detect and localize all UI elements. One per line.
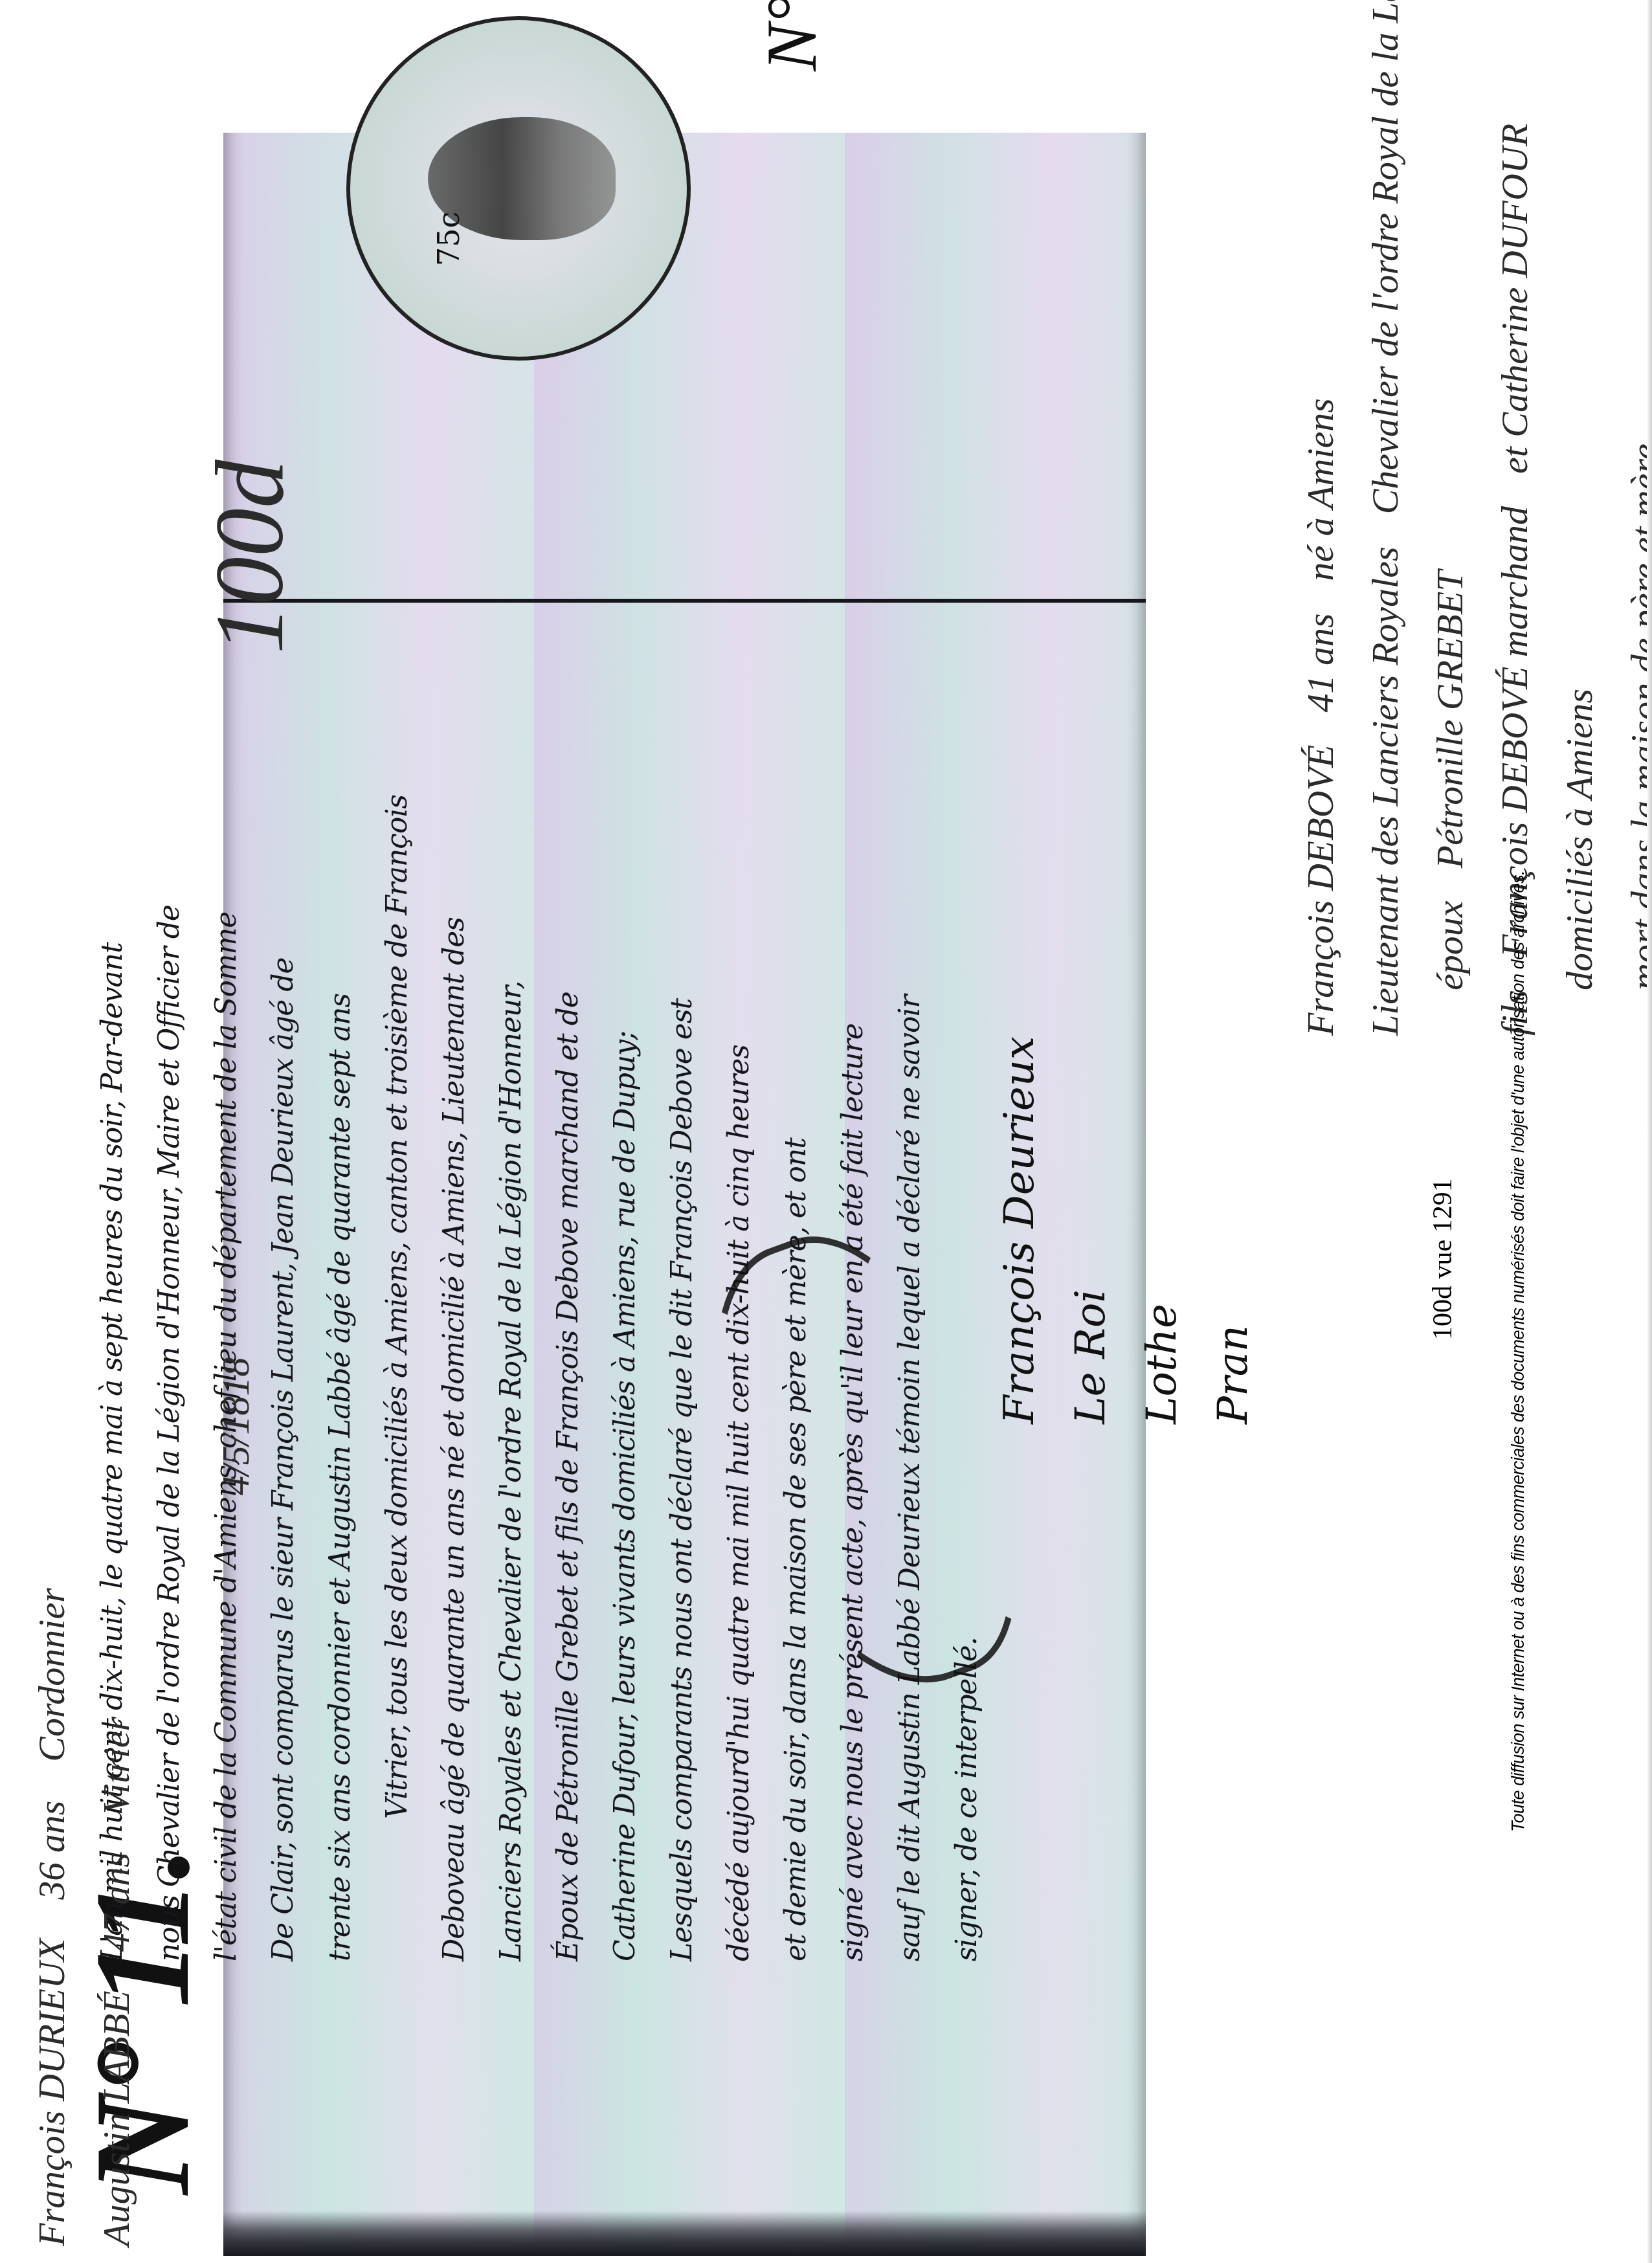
witness-field: François DURIEUX	[19, 1939, 84, 2246]
manuscript-line: Vitrier, tous les deux domiciliés à Amie…	[369, 473, 426, 1961]
manuscript-line: nous Chevalier de l'ordre Royal de la Lé…	[141, 473, 198, 1961]
annotation-witnesses: François DURIEUX36 ansCordonnierAugustin…	[19, 1588, 149, 2246]
manuscript-line: Deboveau âgé de quarante un ans né et do…	[426, 473, 483, 1961]
manuscript-line: et demie du soir, dans la maison de ses …	[768, 473, 825, 1961]
annotation-fragment: né à Amiens	[1288, 398, 1353, 581]
annotation-deceased: François DEBOVÉ41 ansné à AmiensLieutena…	[1288, 0, 1652, 1036]
manuscript-line: Lesquels comparants nous ont déclaré que…	[654, 473, 711, 1961]
manuscript-line: De Clair, sont comparus le sieur Françoi…	[255, 473, 312, 1961]
annotation-fragment: 41 ans	[1288, 614, 1353, 713]
manuscript-line: Catherine Dufour, leurs vivants domicili…	[597, 473, 654, 1961]
annotation-line: Lieutenant des Lanciers RoyalesChevalier…	[1353, 0, 1418, 1036]
witness-field: 47 ans	[84, 1853, 149, 1952]
annotation-fragment: François DEBOVÉ	[1288, 745, 1353, 1036]
next-act-number: N° 12	[751, 0, 833, 71]
signature: Pran	[1198, 1036, 1269, 1424]
signature: Lothe	[1126, 1036, 1198, 1424]
annotation-fragment: époux	[1418, 901, 1482, 991]
witness-field: 36 ans	[19, 1801, 84, 1900]
annotation-date: 4/5/1818	[214, 1357, 258, 1495]
witness-field: Augustin LABBÉ	[84, 1990, 149, 2246]
annotation-fragment: domiciliés à Amiens	[1547, 689, 1612, 990]
witness-row: François DURIEUX36 ansCordonnier	[19, 1588, 84, 2246]
manuscript-line: Lanciers Royales et Chevalier de l'ordre…	[483, 473, 540, 1961]
folio-reference: 100d vue 1291	[1427, 1178, 1458, 1340]
witness-field: Vitrier	[84, 1717, 149, 1814]
manuscript-line: Époux de Pétronille Grebet et fils de Fr…	[540, 473, 597, 1961]
annotation-line: domiciliés à Amiens	[1547, 0, 1612, 1036]
annotation-line: épouxPétronille GREBET	[1418, 0, 1482, 1036]
annotation-fragment: Pétronille GREBET	[1418, 570, 1482, 868]
annotation-reference: 100d	[194, 460, 306, 654]
manuscript-line: signé avec nous le présent acte, après q…	[825, 473, 882, 1961]
signature: François Deurieux	[984, 1036, 1055, 1424]
annotation-fragment: Chevalier de l'ordre Royal de la Légion …	[1353, 0, 1418, 514]
witness-field: Cordonnier	[19, 1588, 84, 1762]
page-binding-edge	[223, 2211, 1146, 2256]
annotation-line: François DEBOVÉ41 ansné à Amiens	[1288, 0, 1353, 1036]
tax-stamp-medallion: 75c	[346, 16, 691, 361]
signatures: François DeurieuxLe RoiLothePran	[984, 1036, 1269, 1424]
annotation-fragment: Lieutenant des Lanciers Royales	[1353, 546, 1418, 1036]
annotation-line: mort dans la maison de père et mère	[1612, 0, 1652, 1036]
manuscript-body: L'an mil huit cent dix-huit, le quatre m…	[84, 473, 996, 1961]
scan-edge	[1647, 0, 1652, 2263]
manuscript-line: décédé aujourd'hui quatre mai mil huit c…	[711, 473, 768, 1961]
manuscript-line: trente six ans cordonnier et Augustin La…	[312, 473, 369, 1961]
manuscript-line: l'état civil de la Commune d'Amiens, che…	[198, 473, 255, 1961]
witness-row: Augustin LABBÉ47 ansVitrier	[84, 1588, 149, 2246]
annotation-fragment: et Catherine DUFOUR	[1482, 124, 1547, 474]
stamp-price: 75c	[431, 212, 466, 266]
signature: Le Roi	[1055, 1036, 1126, 1424]
annotation-fragment: mort dans la maison de père et mère	[1612, 443, 1652, 990]
copyright-notice: Toute diffusion sur Internet ou à des fi…	[1508, 871, 1528, 1832]
manuscript-line: sauf le dit Augustin Labbé Deurieux témo…	[882, 473, 939, 1961]
